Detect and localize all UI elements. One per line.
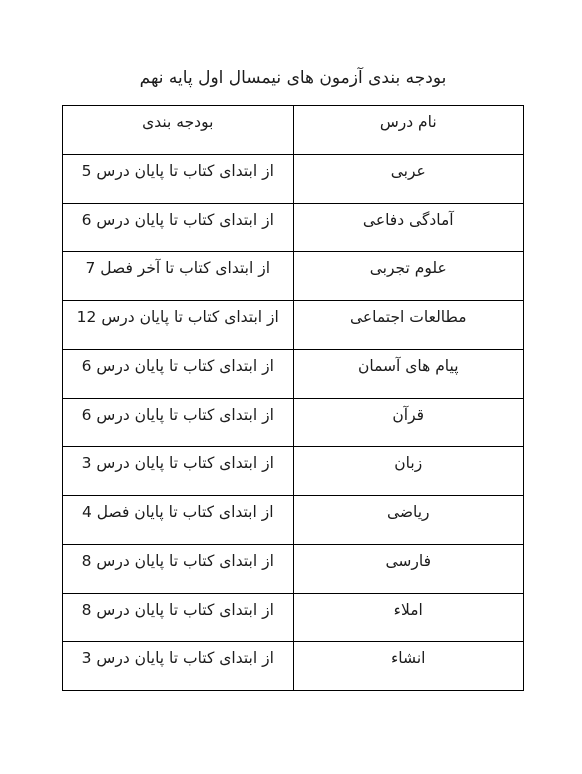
table-row: فارسی از ابتدای کتاب تا پایان درس 8 xyxy=(63,544,524,593)
subject-cell: آمادگی دفاعی xyxy=(293,203,524,252)
table-row: عربی از ابتدای کتاب تا پایان درس 5 xyxy=(63,154,524,203)
budget-cell: از ابتدای کتاب تا آخر فصل 7 xyxy=(63,252,294,301)
subject-cell: عربی xyxy=(293,154,524,203)
budget-cell: از ابتدای کتاب تا پایان درس 8 xyxy=(63,593,294,642)
table-row: پیام های آسمان از ابتدای کتاب تا پایان د… xyxy=(63,349,524,398)
subject-cell: قرآن xyxy=(293,398,524,447)
budget-cell: از ابتدای کتاب تا پایان درس 6 xyxy=(63,203,294,252)
subject-cell: زبان xyxy=(293,447,524,496)
column-header-budget: بودجه بندی xyxy=(63,106,294,155)
budget-cell: از ابتدای کتاب تا پایان درس 5 xyxy=(63,154,294,203)
budget-cell: از ابتدای کتاب تا پایان درس 3 xyxy=(63,447,294,496)
table-row: انشاء از ابتدای کتاب تا پایان درس 3 xyxy=(63,642,524,691)
subject-cell: علوم تجربی xyxy=(293,252,524,301)
subject-cell: مطالعات اجتماعی xyxy=(293,301,524,350)
subject-cell: پیام های آسمان xyxy=(293,349,524,398)
budget-cell: از ابتدای کتاب تا پایان درس 3 xyxy=(63,642,294,691)
table-row: مطالعات اجتماعی از ابتدای کتاب تا پایان … xyxy=(63,301,524,350)
page-title: بودجه بندی آزمون های نیمسال اول پایه نهم xyxy=(62,66,524,92)
table-header-row: نام درس بودجه بندی xyxy=(63,106,524,155)
subject-cell: املاء xyxy=(293,593,524,642)
table-row: املاء از ابتدای کتاب تا پایان درس 8 xyxy=(63,593,524,642)
budget-cell: از ابتدای کتاب تا پایان درس 6 xyxy=(63,349,294,398)
subject-cell: فارسی xyxy=(293,544,524,593)
table-row: ریاضی از ابتدای کتاب تا پایان فصل 4 xyxy=(63,496,524,545)
table-row: قرآن از ابتدای کتاب تا پایان درس 6 xyxy=(63,398,524,447)
budget-cell: از ابتدای کتاب تا پایان درس 12 xyxy=(63,301,294,350)
budget-cell: از ابتدای کتاب تا پایان فصل 4 xyxy=(63,496,294,545)
column-header-subject: نام درس xyxy=(293,106,524,155)
subject-cell: ریاضی xyxy=(293,496,524,545)
table-row: آمادگی دفاعی از ابتدای کتاب تا پایان درس… xyxy=(63,203,524,252)
table-row: علوم تجربی از ابتدای کتاب تا آخر فصل 7 xyxy=(63,252,524,301)
budget-cell: از ابتدای کتاب تا پایان درس 6 xyxy=(63,398,294,447)
budget-cell: از ابتدای کتاب تا پایان درس 8 xyxy=(63,544,294,593)
exam-budget-table: نام درس بودجه بندی عربی از ابتدای کتاب ت… xyxy=(62,105,524,691)
subject-cell: انشاء xyxy=(293,642,524,691)
table-row: زبان از ابتدای کتاب تا پایان درس 3 xyxy=(63,447,524,496)
